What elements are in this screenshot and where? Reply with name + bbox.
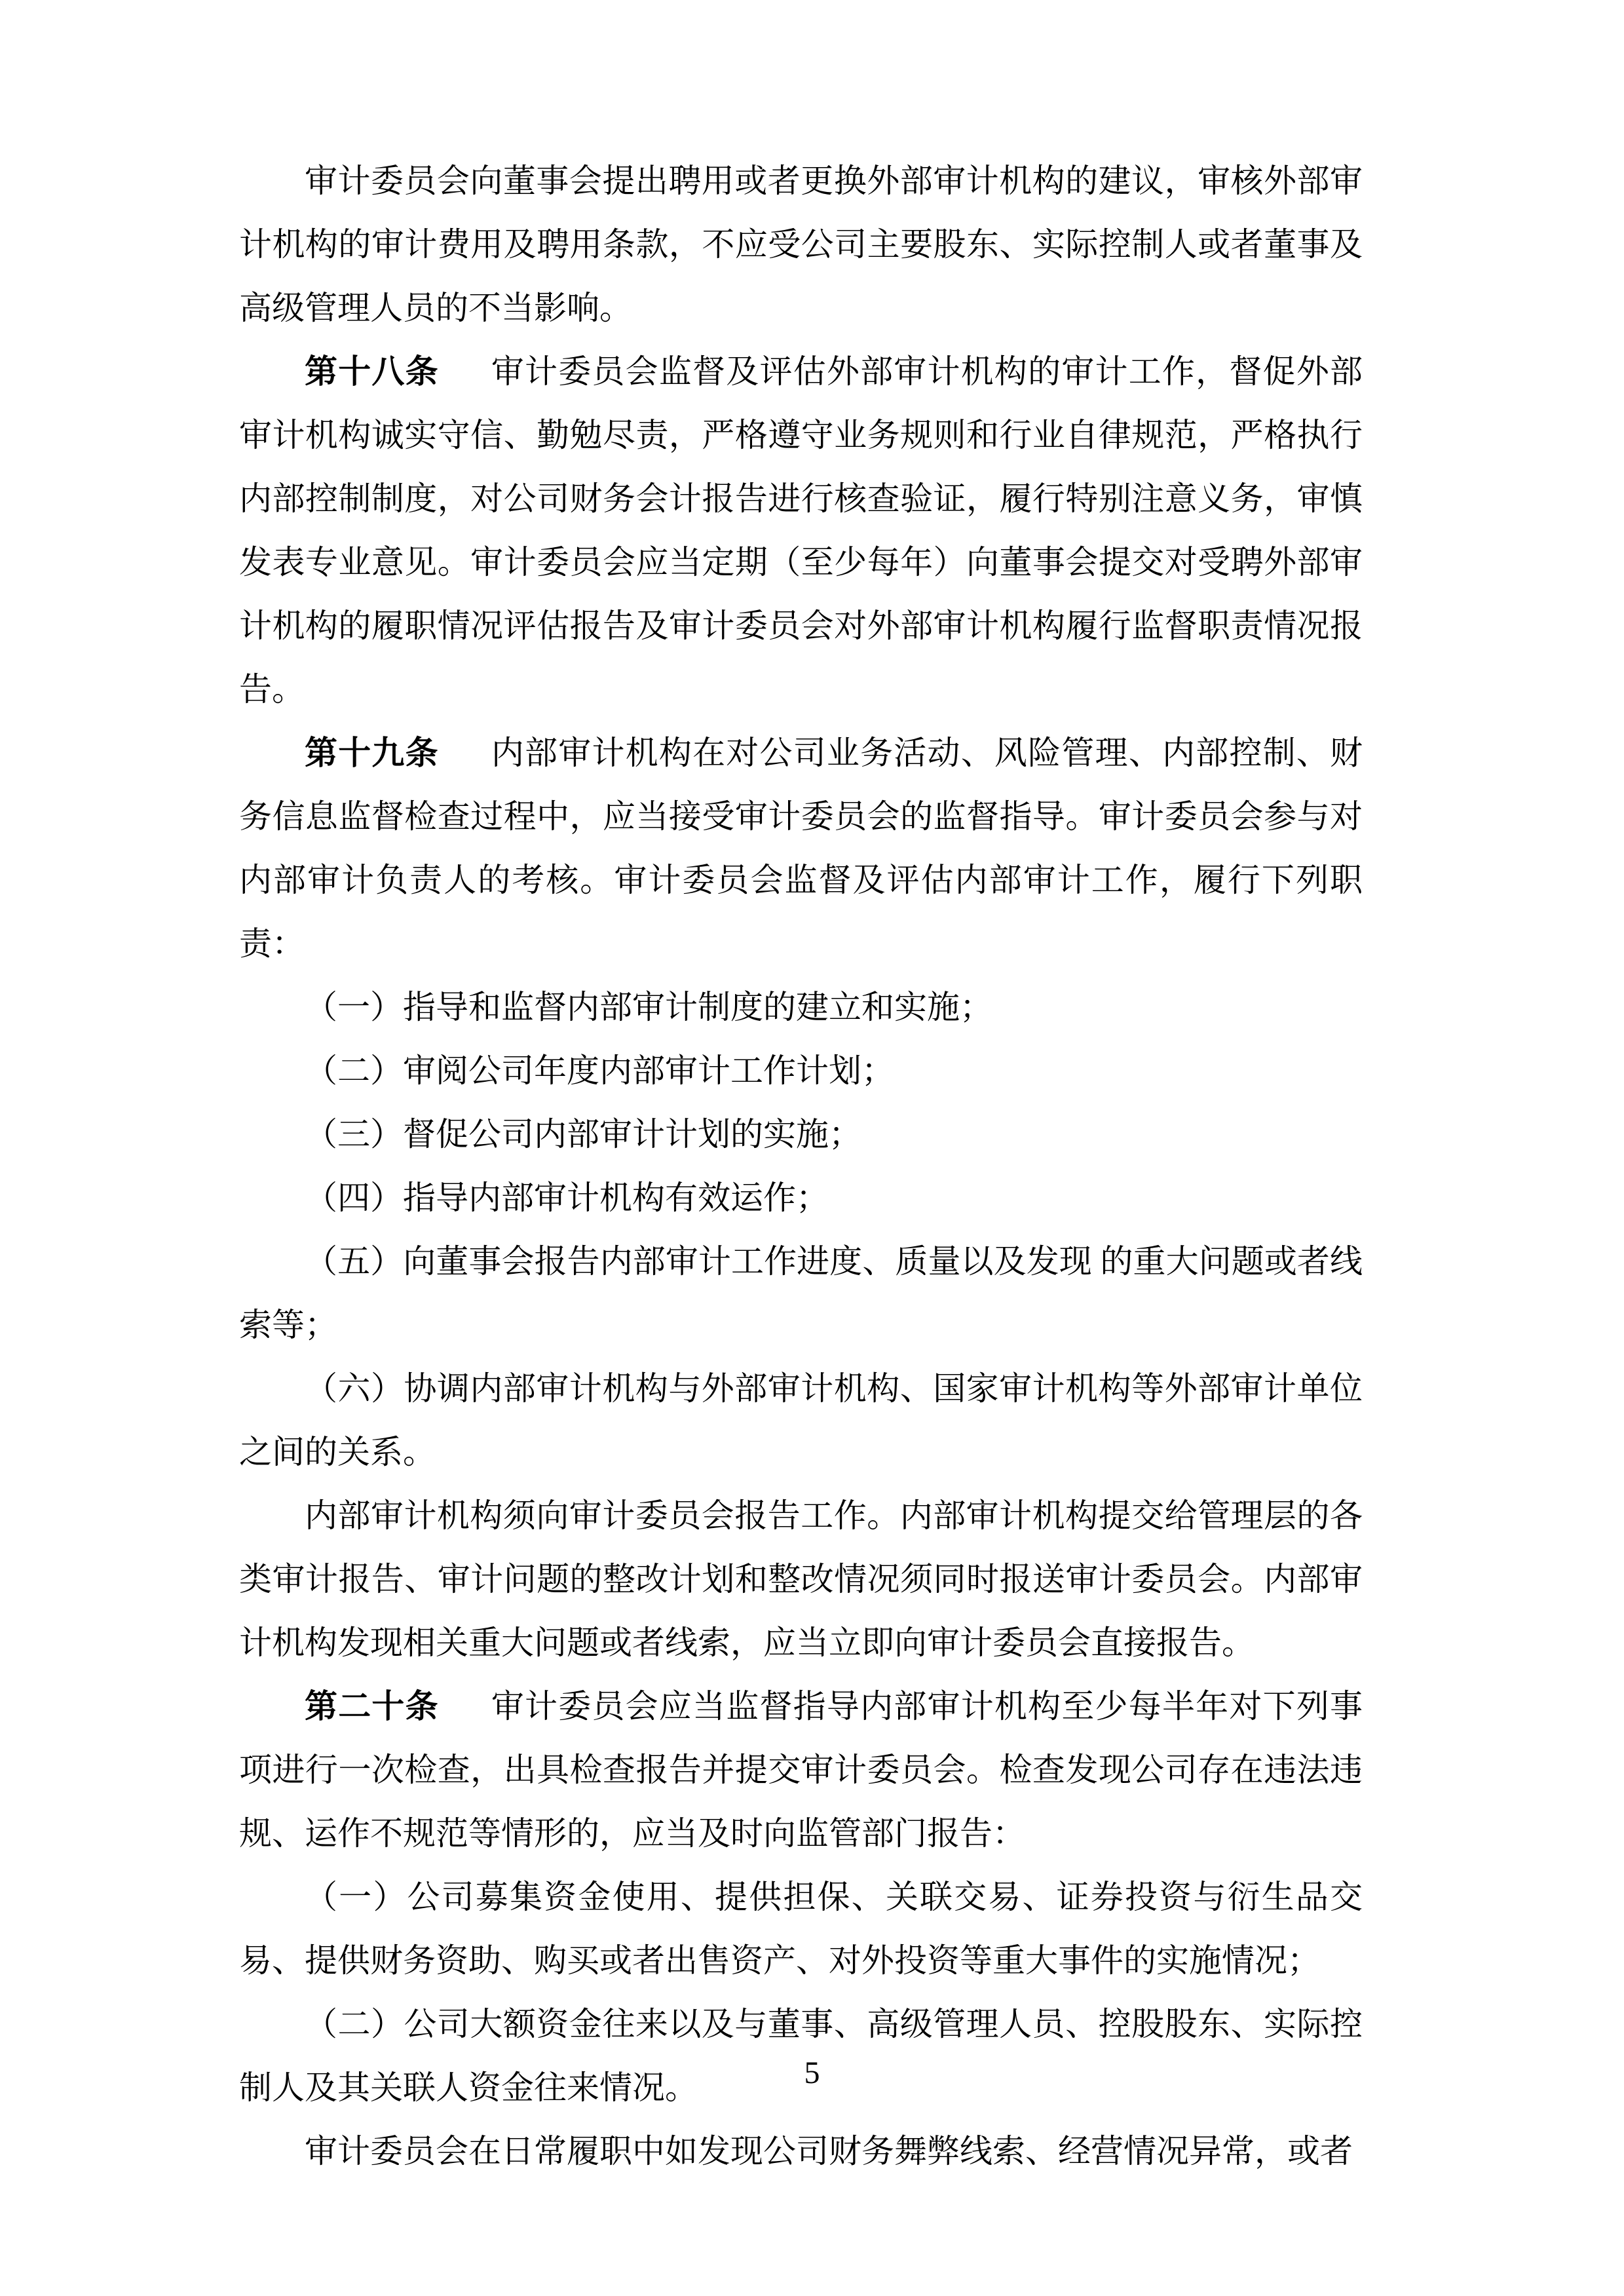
paragraph-text: （一）公司募集资金使用、提供担保、关联交易、证券投资与衍生品交易、提供财务资助、… [239, 1879, 1363, 1979]
paragraph-text: 内部审计机构须向审计委员会报告工作。内部审计机构提交给管理层的各类审计报告、审计… [239, 1497, 1363, 1661]
paragraph: （六）协调内部审计机构与外部审计机构、国家审计机构等外部审计单位之间的关系。 [239, 1357, 1363, 1484]
paragraph-text: （三）督促公司内部审计计划的实施； [305, 1116, 861, 1153]
paragraph: （一）公司募集资金使用、提供担保、关联交易、证券投资与衍生品交易、提供财务资助、… [239, 1865, 1363, 1993]
article-number: 第二十条 [305, 1688, 439, 1725]
paragraph: （一）指导和监督内部审计制度的建立和实施； [239, 976, 1363, 1039]
paragraph-text: 审计委员会在日常履职中如发现公司财务舞弊线索、经营情况异常，或者 [305, 2133, 1353, 2170]
paragraph-text: （四）指导内部审计机构有效运作； [305, 1179, 829, 1216]
document-page: 审计委员会向董事会提出聘用或者更换外部审计机构的建议，审核外部审计机构的审计费用… [0, 0, 1624, 2296]
paragraph-text: 审计委员会监督及评估外部审计机构的审计工作，督促外部审计机构诚实守信、勤勉尽责，… [239, 353, 1363, 708]
article-number: 第十九条 [305, 735, 439, 771]
paragraph-text: （二）公司大额资金往来以及与董事、高级管理人员、控股股东、实际控制人及其关联人资… [239, 2006, 1363, 2106]
paragraph-text: （二）审阅公司年度内部审计工作计划； [305, 1052, 894, 1089]
paragraph: 第十八条审计委员会监督及评估外部审计机构的审计工作，督促外部审计机构诚实守信、勤… [239, 340, 1363, 721]
paragraph: 审计委员会向董事会提出聘用或者更换外部审计机构的建议，审核外部审计机构的审计费用… [239, 149, 1363, 340]
paragraph-text: （五）向董事会报告内部审计工作进度、质量以及发现 的重大问题或者线索等； [239, 1243, 1363, 1343]
document-body: 审计委员会向董事会提出聘用或者更换外部审计机构的建议，审核外部审计机构的审计费用… [239, 149, 1363, 2183]
paragraph: （二）审阅公司年度内部审计工作计划； [239, 1039, 1363, 1103]
paragraph: （三）督促公司内部审计计划的实施； [239, 1103, 1363, 1166]
paragraph: 第十九条内部审计机构在对公司业务活动、风险管理、内部控制、财务信息监督检查过程中… [239, 721, 1363, 976]
paragraph-text: （一）指导和监督内部审计制度的建立和实施； [305, 989, 992, 1025]
paragraph: 内部审计机构须向审计委员会报告工作。内部审计机构提交给管理层的各类审计报告、审计… [239, 1484, 1363, 1675]
paragraph: 第二十条审计委员会应当监督指导内部审计机构至少每半年对下列事项进行一次检查，出具… [239, 1675, 1363, 1865]
article-number: 第十八条 [305, 353, 439, 390]
page-number: 5 [804, 2056, 820, 2090]
paragraph-text: 审计委员会向董事会提出聘用或者更换外部审计机构的建议，审核外部审计机构的审计费用… [239, 163, 1363, 326]
paragraph: （五）向董事会报告内部审计工作进度、质量以及发现 的重大问题或者线索等； [239, 1230, 1363, 1357]
page-footer: 5 [0, 2057, 1624, 2089]
paragraph: （四）指导内部审计机构有效运作； [239, 1166, 1363, 1230]
paragraph: 审计委员会在日常履职中如发现公司财务舞弊线索、经营情况异常，或者 [239, 2120, 1363, 2183]
paragraph: （二）公司大额资金往来以及与董事、高级管理人员、控股股东、实际控制人及其关联人资… [239, 1993, 1363, 2120]
paragraph-text: （六）协调内部审计机构与外部审计机构、国家审计机构等外部审计单位之间的关系。 [239, 1370, 1363, 1470]
